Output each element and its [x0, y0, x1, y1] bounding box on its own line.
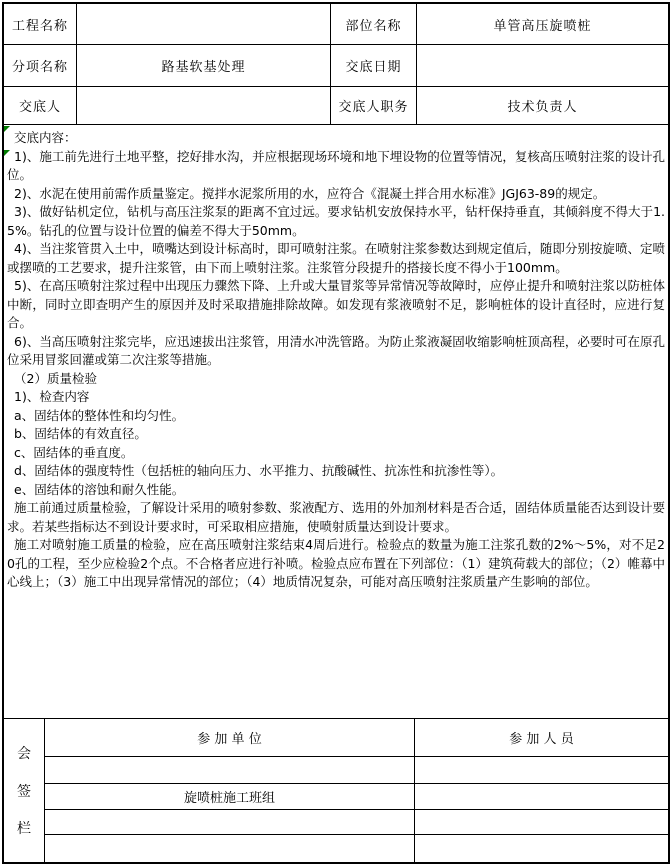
project-name-value[interactable] [77, 4, 331, 44]
countersign-row [45, 757, 668, 784]
unit-cell[interactable]: 旋喷桩施工班组 [45, 784, 415, 809]
content-paragraph: 5)、在高压喷射注浆过程中出现压力骤然下降、上升或大量冒浆等异常情况等故障时，应… [7, 277, 665, 333]
header-row-1: 工程名称 部位名称 单管高压旋喷桩 [4, 4, 668, 45]
cell-corner-marker-icon [4, 126, 10, 132]
content-paragraph: b、固结体的有效直径。 [7, 425, 665, 444]
unit-cell[interactable] [45, 835, 415, 862]
form-table: 工程名称 部位名称 单管高压旋喷桩 分项名称 路基软基处理 交底日期 交底人 交… [2, 2, 670, 864]
content-paragraph: 1)、施工前先进行土地平整，挖好排水沟，并应根据现场环境和地下埋设物的位置等情况… [7, 148, 665, 185]
countersign-row [45, 835, 668, 862]
discloser-value[interactable] [77, 87, 331, 124]
content-paragraph: e、固结体的溶蚀和耐久性能。 [7, 481, 665, 500]
unit-cell[interactable] [45, 810, 415, 834]
person-cell[interactable] [415, 835, 668, 862]
content-paragraph: a、固结体的整体性和均匀性。 [7, 407, 665, 426]
disclosure-date-value[interactable] [417, 45, 668, 86]
content-paragraph: 6)、当高压喷射注浆完毕，应迅速拔出注浆管，用清水冲洗管路。为防止浆液凝固收缩影… [7, 333, 665, 370]
content-paragraph: （2）质量检验 [7, 370, 665, 389]
content-paragraph: 1)、检查内容 [7, 388, 665, 407]
person-cell[interactable] [415, 784, 668, 809]
discloser-title-value[interactable]: 技术负责人 [417, 87, 668, 124]
part-name-label: 部位名称 [331, 4, 417, 44]
content-paragraph: c、固结体的垂直度。 [7, 444, 665, 463]
countersign-section: 会 签 栏 参 加 单 位 参 加 人 员 旋喷桩施工班组 [4, 719, 668, 862]
person-cell[interactable] [415, 810, 668, 834]
header-row-3: 交底人 交底人职务 技术负责人 [4, 87, 668, 125]
content-paragraph: 4)、当注浆管贯入土中，喷嘴达到设计标高时，即可喷射注浆。在喷射注浆参数达到规定… [7, 240, 665, 277]
subitem-name-value[interactable]: 路基软基处理 [77, 45, 331, 86]
countersign-char: 栏 [17, 818, 31, 838]
content-paragraph: 3)、做好钻机定位，钻机与高压注浆泵的距离不宜过远。要求钻机安放保持水平，钻杆保… [7, 203, 665, 240]
countersign-char: 会 [17, 743, 31, 763]
cell-corner-marker-icon [4, 150, 10, 156]
disclosure-date-label: 交底日期 [331, 45, 417, 86]
discloser-title-label: 交底人职务 [331, 87, 417, 124]
countersign-row [45, 810, 668, 835]
discloser-label: 交底人 [4, 87, 77, 124]
countersign-column-label: 会 签 栏 [4, 719, 45, 862]
participating-unit-header: 参 加 单 位 [45, 719, 415, 756]
part-name-value[interactable]: 单管高压旋喷桩 [417, 4, 668, 44]
disclosure-content-cell: 交底内容： 1)、施工前先进行土地平整，挖好排水沟，并应根据现场环境和地下埋设物… [4, 125, 668, 719]
countersign-char: 签 [17, 781, 31, 801]
countersign-row: 旋喷桩施工班组 [45, 784, 668, 810]
content-title: 交底内容： [7, 129, 665, 148]
person-cell[interactable] [415, 757, 668, 783]
project-name-label: 工程名称 [4, 4, 77, 44]
countersign-header-row: 参 加 单 位 参 加 人 员 [45, 719, 668, 757]
countersign-table: 参 加 单 位 参 加 人 员 旋喷桩施工班组 [45, 719, 668, 862]
content-paragraph: 施工对喷射施工质量的检验，应在高压喷射注浆结束4周后进行。检验点的数量为施工注浆… [7, 536, 665, 592]
subitem-name-label: 分项名称 [4, 45, 77, 86]
participating-personnel-header: 参 加 人 员 [415, 719, 668, 756]
technical-disclosure-form: 工程名称 部位名称 单管高压旋喷桩 分项名称 路基软基处理 交底日期 交底人 交… [0, 0, 672, 866]
content-paragraph: 2)、水泥在使用前需作质量鉴定。搅拌水泥浆所用的水，应符合《混凝土拌合用水标准》… [7, 185, 665, 204]
content-paragraph: 施工前通过质量检验，了解设计采用的喷射参数、浆液配方、选用的外加剂材料是否合适，… [7, 499, 665, 536]
content-paragraph: d、固结体的强度特性（包括桩的轴向压力、水平推力、抗酸碱性、抗冻性和抗渗性等）。 [7, 462, 665, 481]
header-row-2: 分项名称 路基软基处理 交底日期 [4, 45, 668, 87]
unit-cell[interactable] [45, 757, 415, 783]
